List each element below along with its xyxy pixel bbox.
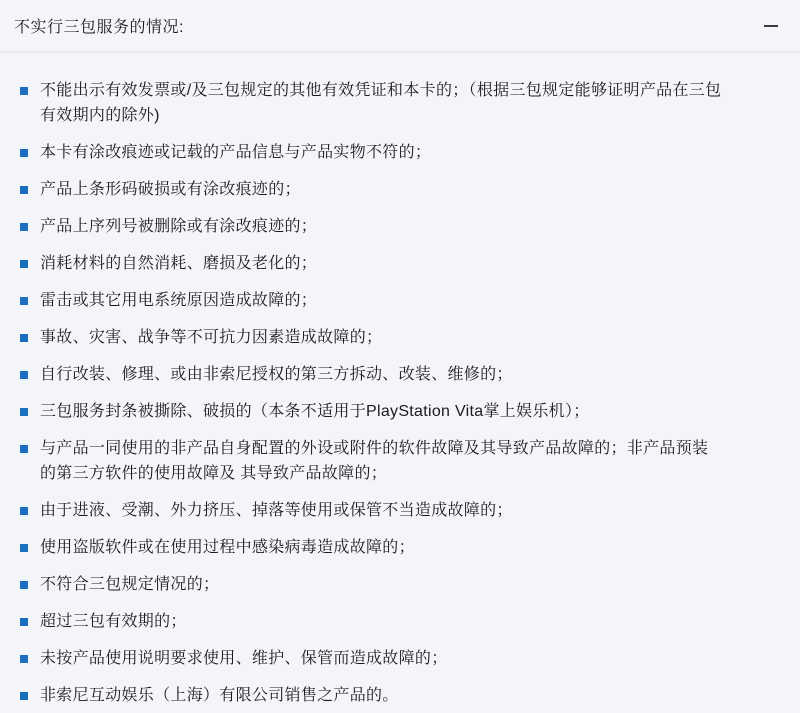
accordion-header[interactable]: 不实行三包服务的情况: (0, 0, 800, 53)
list-item-text: 三包服务封条被撕除、破损的（本条不适用于PlayStation Vita掌上娱乐… (40, 399, 590, 424)
list-item-text: 使用盗版软件或在使用过程中感染病毒造成故障的； (40, 535, 415, 560)
list-item: 本卡有涂改痕迹或记载的产品信息与产品实物不符的； (20, 140, 762, 165)
bullet-square-icon (20, 186, 28, 194)
bullet-square-icon (20, 260, 28, 268)
list-item: 不符合三包规定情况的； (20, 572, 762, 597)
minus-icon (764, 25, 778, 27)
warranty-exclusions-panel: 不实行三包服务的情况: 不能出示有效发票或/及三包规定的其他有效凭证和本卡的；（… (0, 0, 800, 713)
bullet-square-icon (20, 334, 28, 342)
list-item-text: 产品上序列号被删除或有涂改痕迹的； (40, 214, 317, 239)
bullet-square-icon (20, 581, 28, 589)
list-item-text: 产品上条形码破损或有涂改痕迹的； (40, 177, 301, 202)
section-title: 不实行三包服务的情况: (14, 14, 184, 37)
collapse-button[interactable] (758, 13, 784, 39)
list-item: 与产品一同使用的非产品自身配置的外设或附件的软件故障及其导致产品故障的；非产品预… (20, 436, 762, 486)
list-item-text: 雷击或其它用电系统原因造成故障的； (40, 288, 317, 313)
list-item: 超过三包有效期的； (20, 609, 762, 634)
list-item: 产品上序列号被删除或有涂改痕迹的； (20, 214, 762, 239)
list-item-text: 超过三包有效期的； (40, 609, 187, 634)
bullet-square-icon (20, 692, 28, 700)
list-item: 不能出示有效发票或/及三包规定的其他有效凭证和本卡的；（根据三包规定能够证明产品… (20, 78, 762, 128)
exclusions-list: 不能出示有效发票或/及三包规定的其他有效凭证和本卡的；（根据三包规定能够证明产品… (0, 53, 800, 708)
bullet-square-icon (20, 408, 28, 416)
bullet-square-icon (20, 507, 28, 515)
list-item-text: 自行改装、修理、或由非索尼授权的第三方拆动、改装、维修的； (40, 362, 513, 387)
bullet-square-icon (20, 297, 28, 305)
bullet-square-icon (20, 149, 28, 157)
bullet-square-icon (20, 445, 28, 453)
list-item: 由于进液、受潮、外力挤压、掉落等使用或保管不当造成故障的； (20, 498, 762, 523)
list-item: 产品上条形码破损或有涂改痕迹的； (20, 177, 762, 202)
list-item-text: 消耗材料的自然消耗、磨损及老化的； (40, 251, 317, 276)
list-item-text: 事故、灾害、战争等不可抗力因素造成故障的； (40, 325, 382, 350)
bullet-square-icon (20, 87, 28, 95)
list-item: 三包服务封条被撕除、破损的（本条不适用于PlayStation Vita掌上娱乐… (20, 399, 762, 424)
list-item: 自行改装、修理、或由非索尼授权的第三方拆动、改装、维修的； (20, 362, 762, 387)
list-item: 未按产品使用说明要求使用、维护、保管而造成故障的； (20, 646, 762, 671)
list-item-text: 本卡有涂改痕迹或记载的产品信息与产品实物不符的； (40, 140, 431, 165)
list-item-text: 与产品一同使用的非产品自身配置的外设或附件的软件故障及其导致产品故障的；非产品预… (40, 436, 722, 486)
list-item-text: 未按产品使用说明要求使用、维护、保管而造成故障的； (40, 646, 448, 671)
list-item: 非索尼互动娱乐（上海）有限公司销售之产品的。 (20, 683, 762, 708)
list-item: 消耗材料的自然消耗、磨损及老化的； (20, 251, 762, 276)
list-item: 事故、灾害、战争等不可抗力因素造成故障的； (20, 325, 762, 350)
list-item: 雷击或其它用电系统原因造成故障的； (20, 288, 762, 313)
bullet-square-icon (20, 371, 28, 379)
list-item-text: 不符合三包规定情况的； (40, 572, 219, 597)
list-item-text: 非索尼互动娱乐（上海）有限公司销售之产品的。 (40, 683, 399, 708)
list-item-text: 不能出示有效发票或/及三包规定的其他有效凭证和本卡的；（根据三包规定能够证明产品… (40, 78, 722, 128)
bullet-square-icon (20, 544, 28, 552)
list-item-text: 由于进液、受潮、外力挤压、掉落等使用或保管不当造成故障的； (40, 498, 513, 523)
bullet-square-icon (20, 618, 28, 626)
list-item: 使用盗版软件或在使用过程中感染病毒造成故障的； (20, 535, 762, 560)
bullet-square-icon (20, 655, 28, 663)
bullet-square-icon (20, 223, 28, 231)
